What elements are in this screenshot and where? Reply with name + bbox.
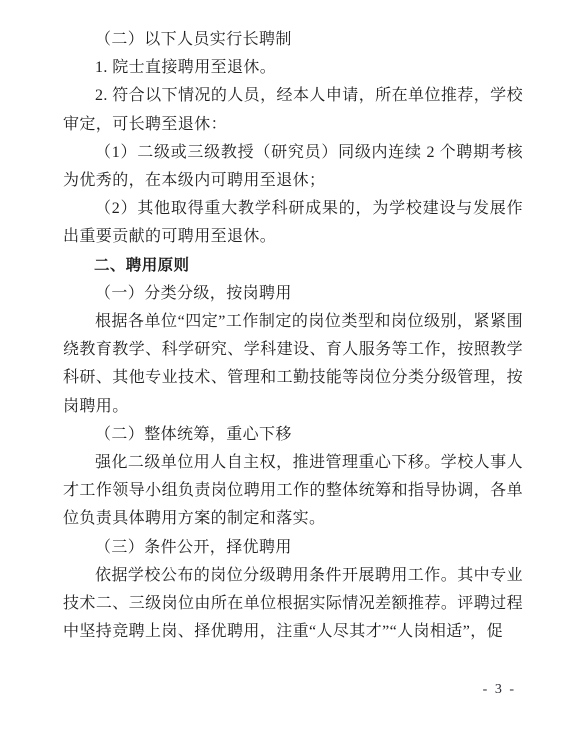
subheading-classification: （一）分类分级，按岗聘用 <box>63 280 523 308</box>
page-number: - 3 - <box>483 682 516 698</box>
paragraph-item-1: 1. 院士直接聘用至退休。 <box>63 54 523 82</box>
subheading-coordination: （二）整体统筹，重心下移 <box>63 421 523 449</box>
subheading-open-conditions: （三）条件公开，择优聘用 <box>63 534 523 562</box>
document-body: （二）以下人员实行长聘制 1. 院士直接聘用至退休。 2. 符合以下情况的人员，… <box>63 26 523 646</box>
paragraph-section2-heading: （二）以下人员实行长聘制 <box>63 26 523 54</box>
section-heading-principles: 二、聘用原则 <box>63 252 523 280</box>
document-page: （二）以下人员实行长聘制 1. 院士直接聘用至退休。 2. 符合以下情况的人员，… <box>0 0 586 755</box>
paragraph-subitem-2: （2）其他取得重大教学科研成果的，为学校建设与发展作出重要贡献的可聘用至退休。 <box>63 195 523 251</box>
paragraph-classification-body: 根据各单位“四定”工作制定的岗位类型和岗位级别，紧紧围绕教育教学、科学研究、学科… <box>63 308 523 421</box>
paragraph-open-conditions-body: 依据学校公布的岗位分级聘用条件开展聘用工作。其中专业技术二、三级岗位由所在单位根… <box>63 562 523 647</box>
paragraph-subitem-1: （1）二级或三级教授（研究员）同级内连续 2 个聘期考核为优秀的，在本级内可聘用… <box>63 139 523 195</box>
paragraph-item-2: 2. 符合以下情况的人员，经本人申请，所在单位推荐，学校审定，可长聘至退休： <box>63 82 523 138</box>
paragraph-coordination-body: 强化二级单位用人自主权，推进管理重心下移。学校人事人才工作领导小组负责岗位聘用工… <box>63 449 523 534</box>
